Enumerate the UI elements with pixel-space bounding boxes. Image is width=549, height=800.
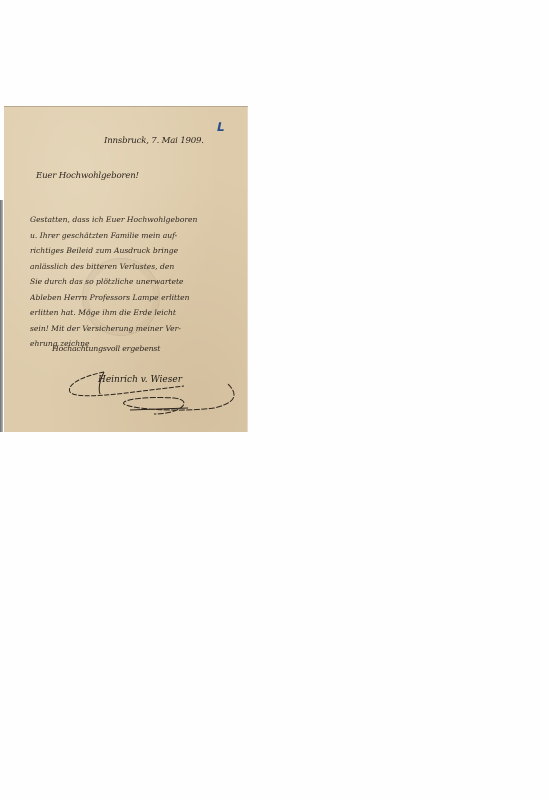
signature: Heinrich v. Wieser — [64, 366, 242, 426]
date-line: Innsbruck, 7. Mai 1909. — [104, 136, 204, 146]
closing-line: Hochachtungsvoll ergebenst — [52, 344, 160, 353]
body-line: anlässlich des bitteren Verlustes, den — [30, 259, 245, 275]
signature-name: Heinrich v. Wieser — [98, 375, 182, 385]
body-line: u. Ihrer geschätzten Familie mein auf- — [30, 228, 245, 244]
letter-body: Gestatten, dass ich Euer Hochwohlgeboren… — [30, 212, 245, 352]
letter-sheet: L Innsbruck, 7. Mai 1909. Euer Hochwohlg… — [4, 106, 248, 432]
body-line: Gestatten, dass ich Euer Hochwohlgeboren — [30, 212, 245, 228]
body-line: Sie durch das so plötzliche unerwartete — [30, 274, 245, 290]
scan-edge-shadow — [0, 200, 3, 432]
body-line: Ableben Herrn Professors Lampe erlitten — [30, 290, 245, 306]
salutation: Euer Hochwohlgeboren! — [36, 171, 139, 181]
body-line: erlitten hat. Möge ihm die Erde leicht — [30, 305, 245, 321]
body-line: sein! Mit der Versicherung meiner Ver- — [30, 321, 245, 337]
document-page: L Innsbruck, 7. Mai 1909. Euer Hochwohlg… — [0, 0, 549, 800]
archive-mark: L — [216, 120, 227, 134]
body-line: richtiges Beileid zum Ausdruck bringe — [30, 243, 245, 259]
